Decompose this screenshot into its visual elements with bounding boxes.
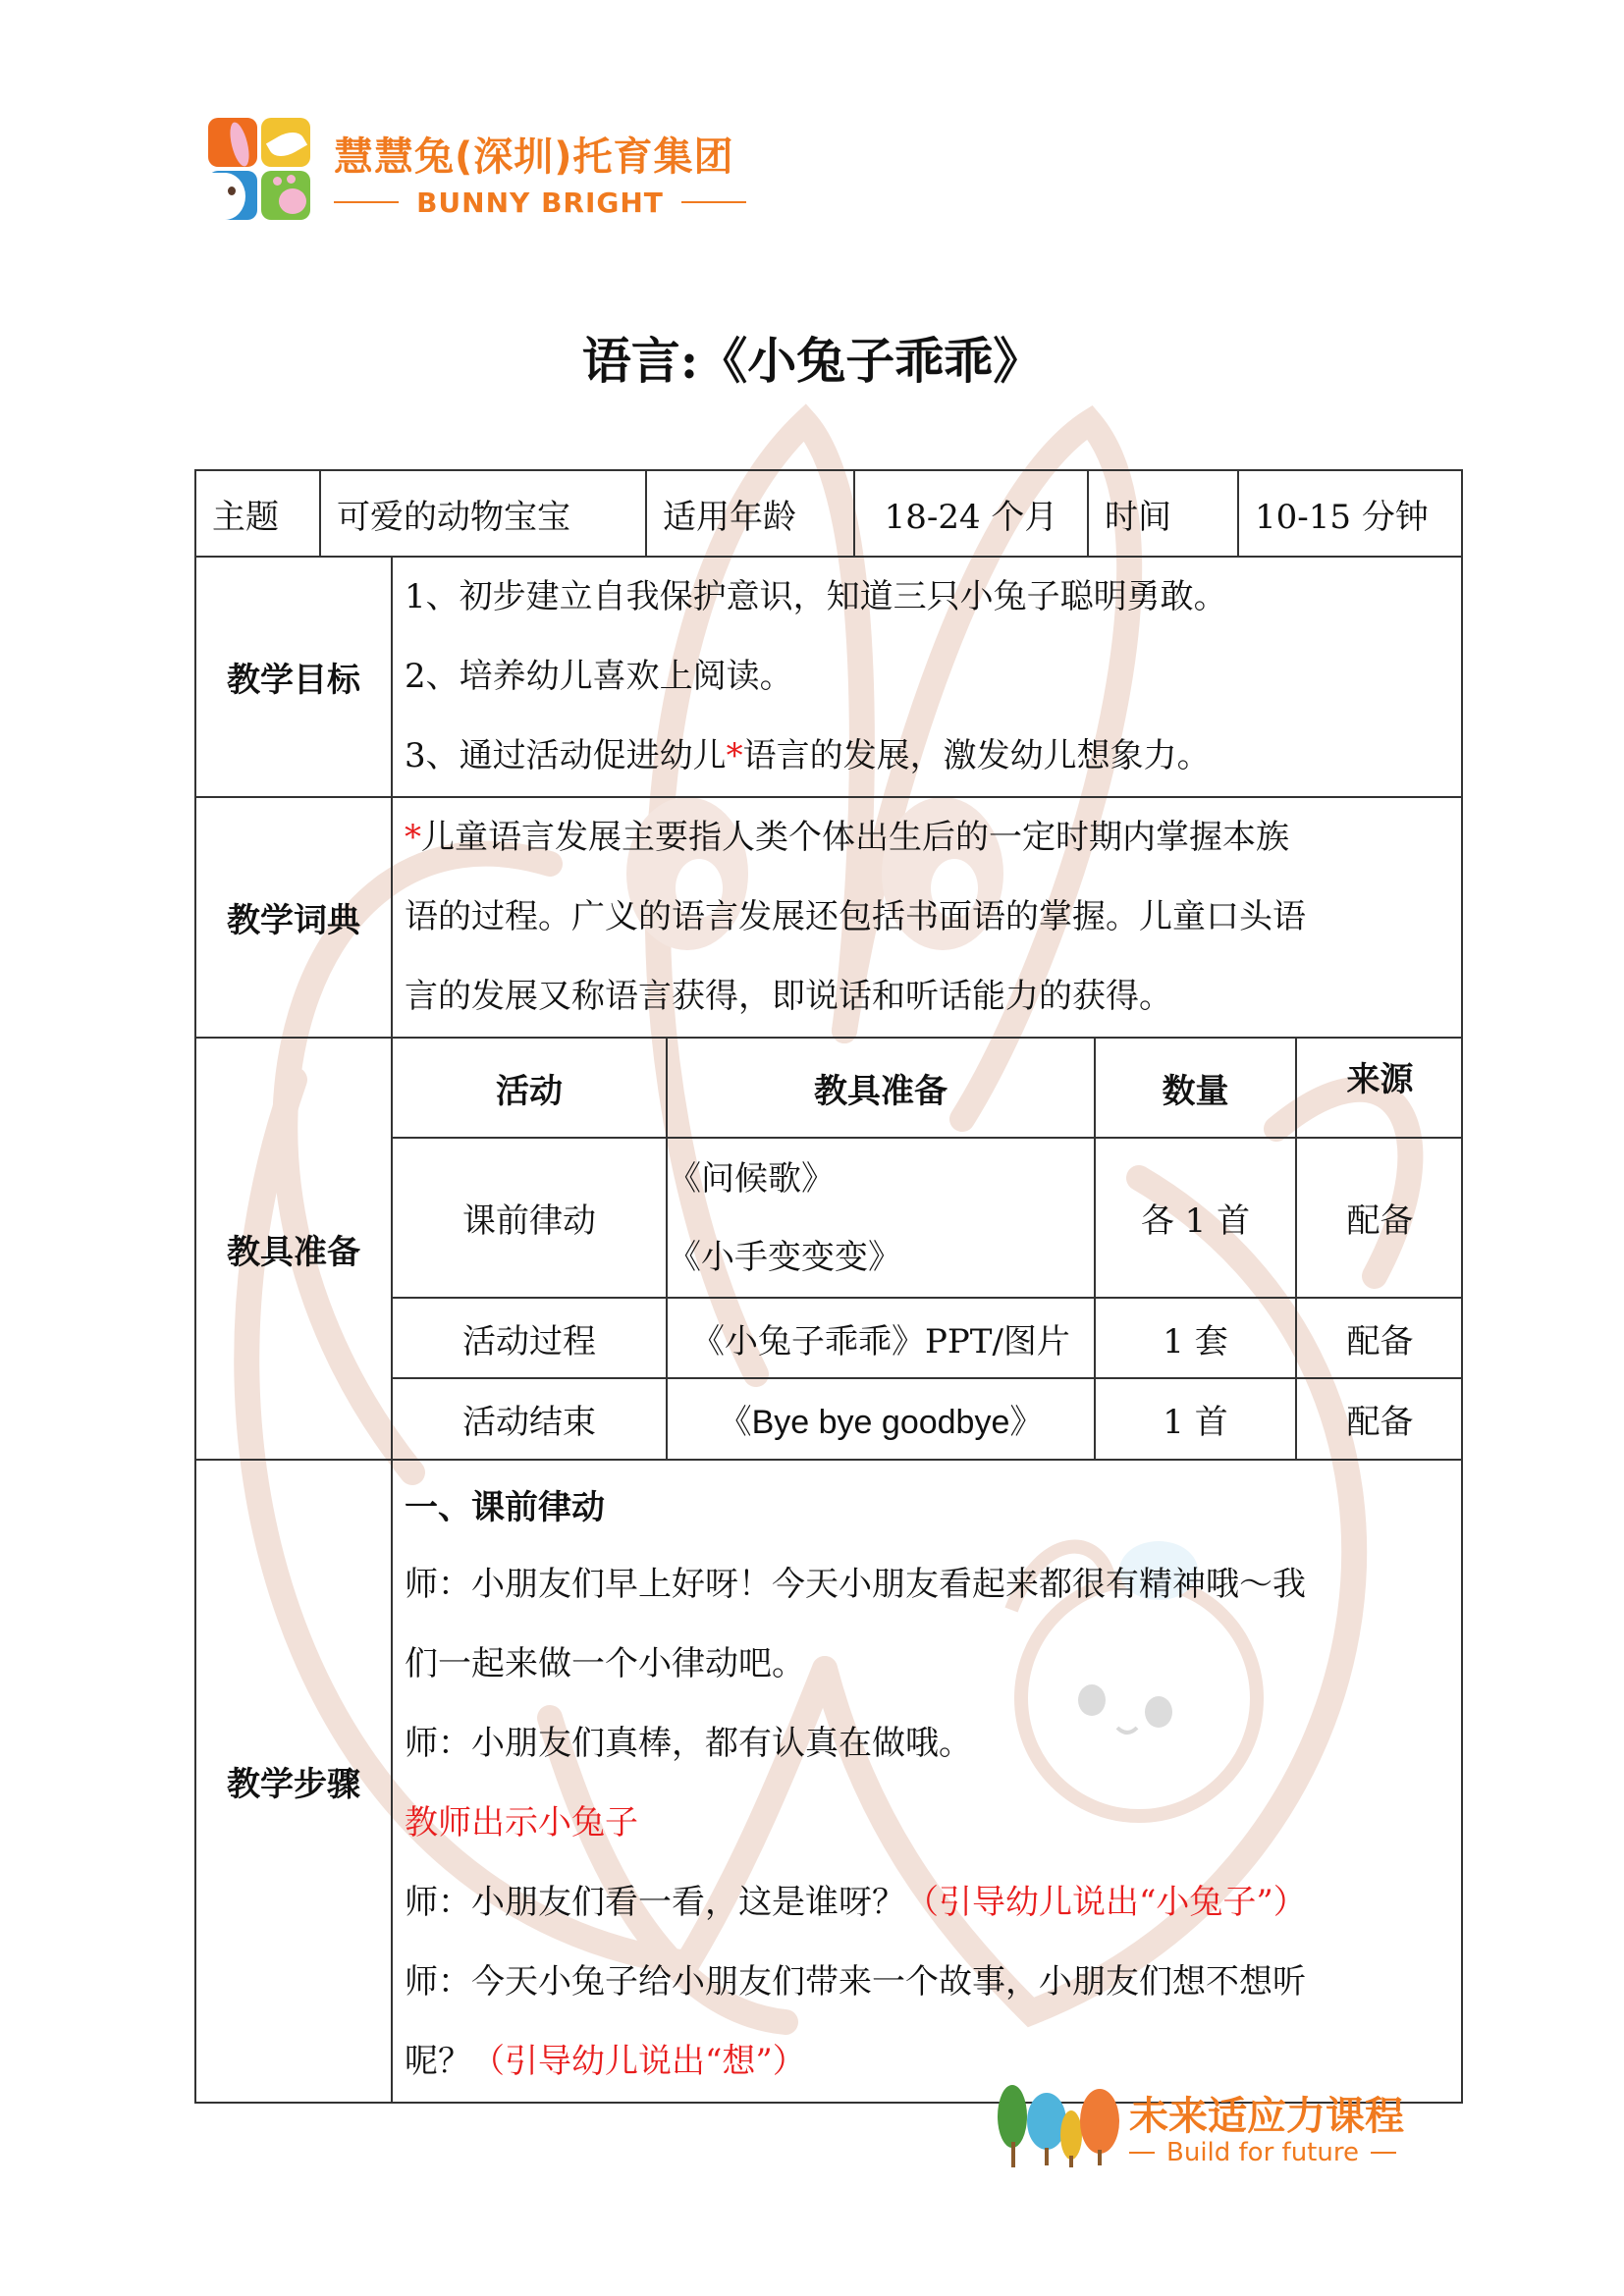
theme-label: 主题 (195, 470, 320, 557)
brand-name-en: BUNNY BRIGHT (416, 187, 664, 219)
stage-direction: （引导幼儿说出“想”） (471, 2042, 806, 2081)
steps-row: 教学步骤 一、课前律动 师：小朋友们早上好呀！今天小朋友看起来都很有精神哦～我 … (195, 1460, 1462, 2103)
brand-name-cn: 慧慧兔(深圳)托育集团 (334, 126, 734, 182)
footer-brand-cn: 未来适应力课程 (1129, 2085, 1404, 2141)
lesson-plan-table: 主题 可爱的动物宝宝 适用年龄 18-24 个月 时间 10-15 分钟 教学目… (194, 469, 1463, 2104)
materials-header-row: 活动 教具准备 数量 来源 (393, 1039, 1463, 1138)
column-header: 数量 (1095, 1039, 1296, 1138)
dictionary-content: *儿童语言发展主要指人类个体出生后的一定时期内掌握本族 语的过程。广义的语言发展… (392, 797, 1462, 1038)
table-row: 活动过程 《小兔子乖乖》PPT/图片 1 套 配备 (393, 1298, 1463, 1378)
brand-tagline: BUNNY BRIGHT (334, 185, 746, 220)
footer-tagline: Build for future (1129, 2138, 1429, 2167)
table-row: 课前律动 《问候歌》 《小手变变变》 各 1 首 配备 (393, 1138, 1463, 1298)
column-header: 活动 (393, 1039, 667, 1138)
divider (334, 201, 399, 203)
dictionary-label: 教学词典 (195, 797, 392, 1038)
goal-item: 2、培养幼儿喜欢上阅读。 (405, 637, 1449, 717)
table-row: 活动结束 《Bye bye goodbye》 1 首 配备 (393, 1378, 1463, 1459)
dictionary-row: 教学词典 *儿童语言发展主要指人类个体出生后的一定时期内掌握本族 语的过程。广义… (195, 797, 1462, 1038)
page-title: 语言:《小兔子乖乖》 (0, 322, 1624, 393)
time-label: 时间 (1088, 470, 1238, 557)
goals-label: 教学目标 (195, 557, 392, 797)
divider (1371, 2152, 1396, 2154)
goals-row: 教学目标 1、初步建立自我保护意识，知道三只小兔子聪明勇敢。 2、培养幼儿喜欢上… (195, 557, 1462, 797)
goals-content: 1、初步建立自我保护意识，知道三只小兔子聪明勇敢。 2、培养幼儿喜欢上阅读。 3… (392, 557, 1462, 797)
section-title: 一、课前律动 (405, 1461, 1449, 1545)
footnote-mark: * (405, 818, 421, 857)
materials-content: 活动 教具准备 数量 来源 课前律动 《问候歌》 《小手变变变》 各 1 首 配… (392, 1038, 1462, 1460)
bunny-logo-icon (208, 118, 314, 224)
materials-label: 教具准备 (195, 1038, 392, 1460)
column-header: 教具准备 (667, 1039, 1095, 1138)
footer-brand-en: Build for future (1166, 2138, 1359, 2167)
stage-direction: （引导幼儿说出“小兔子”） (905, 1883, 1307, 1922)
age-label: 适用年龄 (646, 470, 854, 557)
divider (681, 201, 746, 203)
steps-content: 一、课前律动 师：小朋友们早上好呀！今天小朋友看起来都很有精神哦～我 们一起来做… (392, 1460, 1462, 2103)
stage-direction: 教师出示小兔子 (405, 1803, 638, 1842)
goal-item: 3、通过活动促进幼儿*语言的发展，激发幼儿想象力。 (405, 717, 1449, 796)
time-value: 10-15 分钟 (1238, 470, 1462, 557)
footnote-mark: * (727, 736, 743, 775)
materials-row: 教具准备 活动 教具准备 数量 来源 课前律动 《问候歌》 《小手变变变》 各 … (195, 1038, 1462, 1460)
goal-item: 1、初步建立自我保护意识，知道三只小兔子聪明勇敢。 (405, 558, 1449, 637)
age-value: 18-24 个月 (854, 470, 1088, 557)
footer-logo: 未来适应力课程 Build for future (992, 2079, 1453, 2177)
header-logo: 慧慧兔(深圳)托育集团 BUNNY BRIGHT (208, 116, 758, 232)
info-row: 主题 可爱的动物宝宝 适用年龄 18-24 个月 时间 10-15 分钟 (195, 470, 1462, 557)
divider (1129, 2152, 1155, 2154)
materials-table: 活动 教具准备 数量 来源 课前律动 《问候歌》 《小手变变变》 各 1 首 配… (393, 1039, 1463, 1459)
column-header: 来源 (1296, 1039, 1463, 1138)
steps-label: 教学步骤 (195, 1460, 392, 2103)
theme-value: 可爱的动物宝宝 (320, 470, 646, 557)
